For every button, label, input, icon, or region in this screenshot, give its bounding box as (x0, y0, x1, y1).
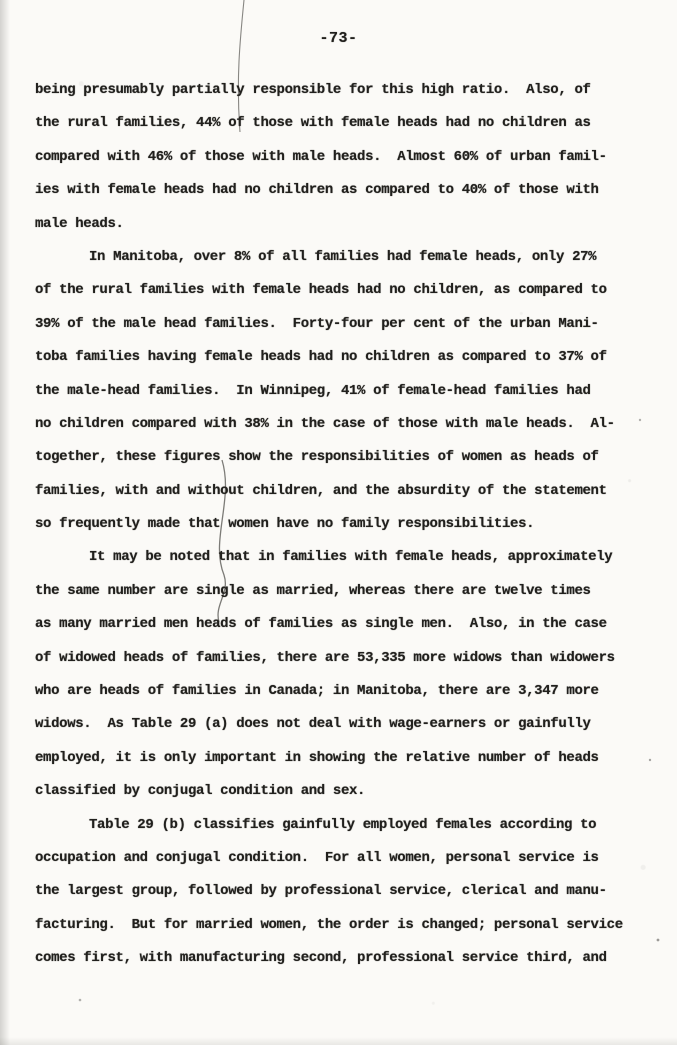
text-line: male heads. (35, 208, 655, 241)
text-line: classified by conjugal condition and sex… (35, 775, 655, 808)
text-line: being presumably partially responsible f… (35, 74, 655, 107)
text-line: families, with and without children, and… (35, 475, 655, 508)
text-line: ies with female heads had no children as… (35, 174, 655, 207)
document-body: being presumably partially responsible f… (35, 74, 655, 976)
text-line: the largest group, followed by professio… (35, 875, 655, 908)
paragraph: In Manitoba, over 8% of all families had… (35, 241, 655, 542)
text-line: no children compared with 38% in the cas… (35, 408, 655, 441)
text-line: of widowed heads of families, there are … (35, 642, 655, 675)
text-line: so frequently made that women have no fa… (35, 508, 655, 541)
scanned-document-page: -73- being presumably partially responsi… (0, 0, 677, 1045)
text-line: employed, it is only important in showin… (35, 742, 655, 775)
text-line: widows. As Table 29 (a) does not deal wi… (35, 708, 655, 741)
scan-speck (79, 999, 82, 1002)
text-line: occupation and conjugal condition. For a… (35, 842, 655, 875)
text-line: 39% of the male head families. Forty-fou… (35, 308, 655, 341)
paragraph: Table 29 (b) classifies gainfully employ… (35, 809, 655, 976)
scan-edge-shadow-left (0, 0, 10, 1045)
scan-speck (657, 939, 660, 942)
text-line: It may be noted that in families with fe… (35, 541, 655, 574)
text-line: facturing. But for married women, the or… (35, 909, 655, 942)
page-number: -73- (0, 30, 677, 47)
text-line: as many married men heads of families as… (35, 608, 655, 641)
paragraph: It may be noted that in families with fe… (35, 541, 655, 808)
text-line: toba families having female heads had no… (35, 341, 655, 374)
text-line: compared with 46% of those with male hea… (35, 141, 655, 174)
scan-edge-shadow-bottom (0, 1037, 677, 1045)
paragraph: being presumably partially responsible f… (35, 74, 655, 241)
text-line: comes first, with manufacturing second, … (35, 942, 655, 975)
text-line: who are heads of families in Canada; in … (35, 675, 655, 708)
text-line: In Manitoba, over 8% of all families had… (35, 241, 655, 274)
text-line: Table 29 (b) classifies gainfully employ… (35, 809, 655, 842)
text-line: the same number are single as married, w… (35, 575, 655, 608)
text-line: the rural families, 44% of those with fe… (35, 107, 655, 140)
text-line: the male-head families. In Winnipeg, 41%… (35, 375, 655, 408)
text-line: of the rural families with female heads … (35, 274, 655, 307)
text-line: together, these figures show the respons… (35, 441, 655, 474)
